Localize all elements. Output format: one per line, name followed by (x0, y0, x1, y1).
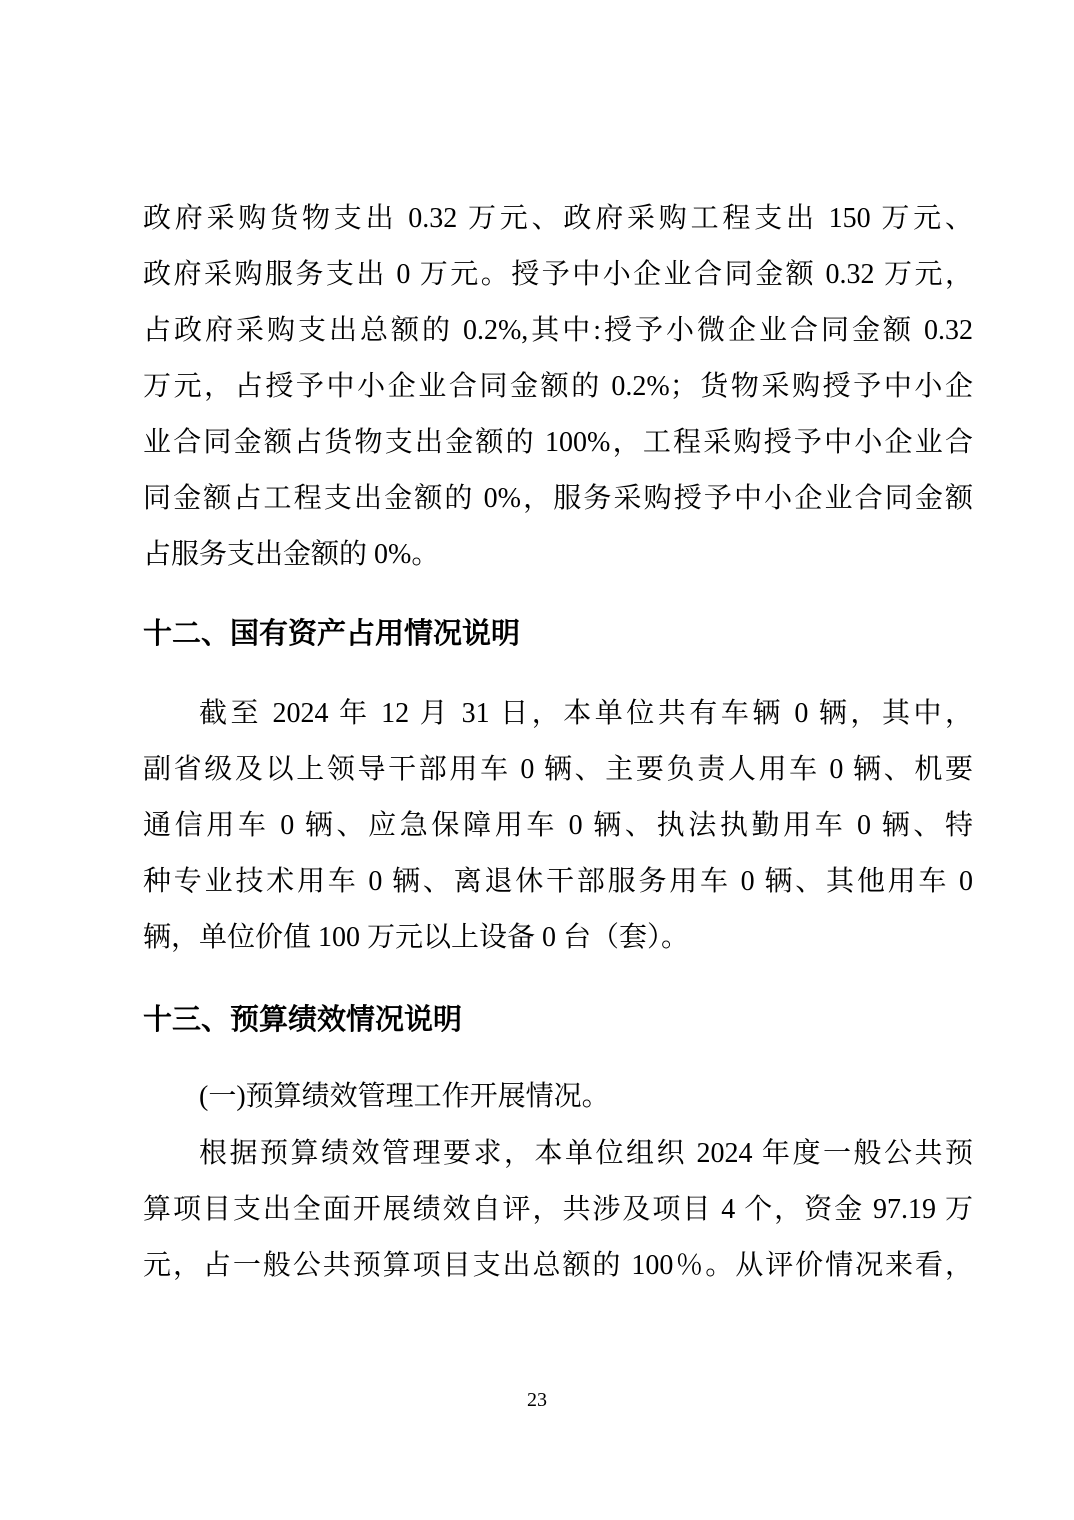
paragraph-state-assets: 截至 2024 年 12 月 31 日，本单位共有车辆 0 辆，其中， 副省级及… (143, 686, 973, 966)
text-line: 政府采购货物支出 0.32 万元、政府采购工程支出 150 万元、 (143, 191, 973, 247)
paragraph-performance: 根据预算绩效管理要求，本单位组织 2024 年度一般公共预 算项目支出全面开展绩… (143, 1126, 973, 1294)
text-line: 辆，单位价值 100 万元以上设备 0 台（套）。 (143, 910, 973, 966)
text-line: 政府采购服务支出 0 万元。授予中小企业合同金额 0.32 万元， (143, 247, 973, 303)
page-number: 23 (0, 1388, 1074, 1412)
document-page: 政府采购货物支出 0.32 万元、政府采购工程支出 150 万元、 政府采购服务… (0, 0, 1074, 1520)
text-line: 占服务支出金额的 0%。 (143, 527, 973, 583)
text-line: 业合同金额占货物支出金额的 100%，工程采购授予中小企业合 (143, 415, 973, 471)
text-line: 副省级及以上领导干部用车 0 辆、主要负责人用车 0 辆、机要 (143, 742, 973, 798)
text-line: 算项目支出全面开展绩效自评，共涉及项目 4 个，资金 97.19 万 (143, 1182, 973, 1238)
text-line: 同金额占工程支出金额的 0%，服务采购授予中小企业合同金额 (143, 471, 973, 527)
paragraph-procurement: 政府采购货物支出 0.32 万元、政府采购工程支出 150 万元、 政府采购服务… (143, 191, 973, 583)
text-line: 种专业技术用车 0 辆、离退休干部服务用车 0 辆、其他用车 0 (143, 854, 973, 910)
text-line: 截至 2024 年 12 月 31 日，本单位共有车辆 0 辆，其中， (143, 686, 973, 742)
text-line: 元，占一般公共预算项目支出总额的 100％。从评价情况来看， (143, 1238, 973, 1294)
text-line: 万元，占授予中小企业合同金额的 0.2%；货物采购授予中小企 (143, 359, 973, 415)
text-line: 根据预算绩效管理要求，本单位组织 2024 年度一般公共预 (143, 1126, 973, 1182)
text-line: 通信用车 0 辆、应急保障用车 0 辆、执法执勤用车 0 辆、特 (143, 798, 973, 854)
text-line: 占政府采购支出总额的 0.2%,其中:授予小微企业合同金额 0.32 (143, 303, 973, 359)
section-heading-performance: 十三、预算绩效情况说明 (143, 992, 973, 1048)
sub-item-performance: (一)预算绩效管理工作开展情况。 (143, 1069, 973, 1125)
section-heading-state-assets: 十二、国有资产占用情况说明 (143, 606, 973, 662)
